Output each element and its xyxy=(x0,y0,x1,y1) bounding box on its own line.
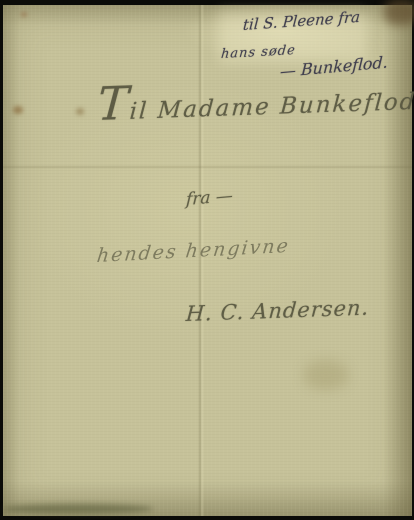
bottom-edge-smudge xyxy=(3,504,153,514)
foxing-stain xyxy=(21,12,27,17)
corner-smudge xyxy=(384,0,414,25)
foxing-stain xyxy=(76,108,84,115)
discoloration-patch xyxy=(303,360,349,390)
scanned-manuscript-page: til S. Pleene fra hans søde — Bunkeflod.… xyxy=(0,0,414,520)
foxing-stain xyxy=(13,106,23,114)
dedication-from: fra — xyxy=(185,186,233,210)
horizontal-fold-crease xyxy=(3,165,412,169)
